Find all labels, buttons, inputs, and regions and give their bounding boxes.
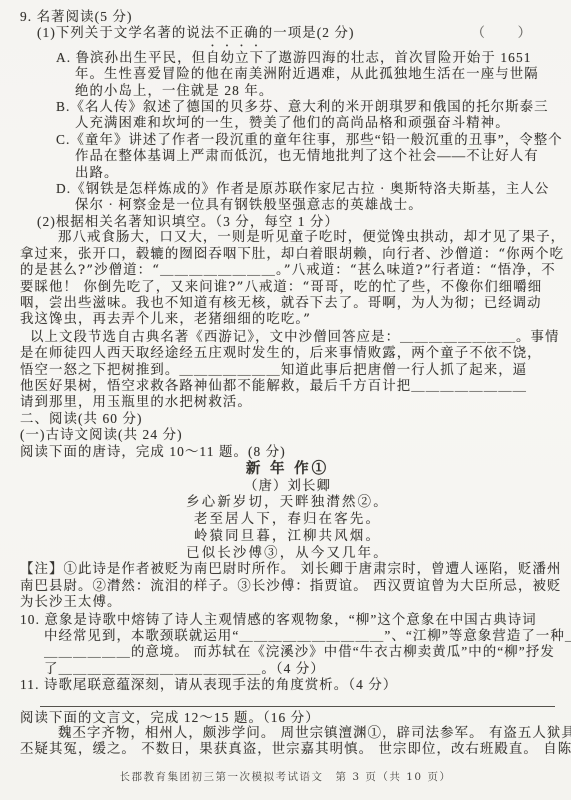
text-line: 老至居人下，春归在客先。: [20, 511, 555, 528]
answer-bracket: （ ）: [471, 25, 533, 41]
text-line: 二、阅读(共 60 分): [20, 411, 555, 427]
text-line: 岭猿同旦暮，江柳共风烟。: [20, 528, 555, 545]
text-line: 中经常见到，本歌颈联就运用“＿＿＿＿＿＿＿＿＿＿”、“江柳”等意象营造了一种＿: [20, 628, 555, 644]
text-line: (1)下列关于文学名著的说法不正确的一项是(2 分)（ ）: [20, 25, 555, 41]
text-line: 南巴县尉。②潸然：流泪的样子。③长沙傅：指贾谊。 西汉贾谊曾为大臣所忌，被贬: [20, 579, 555, 595]
text-line: 乡心新岁切，天畔独潸然②。: [20, 494, 555, 511]
document-body: 9. 名著阅读(5 分)(1)下列关于文学名著的说法不正确的一项是(2 分)（ …: [0, 0, 571, 759]
text-line: 我这馋虫，再去弄个儿来，老猪细细的吃吃。”: [20, 312, 555, 328]
text-line: 人充满困难和坎坷的一生，赞美了他们的高尚品格和顽强奋斗精神。: [20, 115, 555, 131]
text-line: 是在师徒四人西天取经途经五庄观时发生的，后来事情败露，两个童子不依不饶，: [20, 345, 555, 361]
text-line: 10. 意象是诗歌中熔铸了诗人主观情感的客观物象，“柳”这个意象在中国古典诗词: [20, 612, 555, 628]
text-line: 年。生性喜爱冒险的他在南美洲附近遇难，从此孤独地生活在一座与世隔: [20, 66, 555, 82]
text-line: 咽，尝出些滋味。我也不知道有核无核，就吞下去了。哥啊，为人为彻；已经调动: [20, 296, 555, 312]
text-line: 【注】①此诗是作者被贬为南巴尉时所作。 刘长卿于唐肃宗时，曾遭人诬陷，贬潘州: [20, 562, 555, 578]
text-line: 悟空一怒之下把树推到。＿＿＿＿＿＿＿知道此事后把唐僧一行人抓了起来，逼: [20, 362, 555, 378]
text-line: 那八戒食肠大，口又大，一则是听见童子吃时，便觉馋虫拱动，却才见了果子，: [20, 230, 555, 246]
page-footer: 长郡教育集团初三第一次模拟考试语文 第 3 页（共 10 页）: [0, 769, 571, 784]
text-line: 阅读下面的文言文，完成 12～15 题。（16 分）: [20, 710, 555, 726]
text-line: （唐）刘长卿: [20, 478, 555, 494]
text-line: A. 鲁滨孙出生平民，但自幼立下了遨游四海的壮志，首次冒险开始于 1651: [20, 42, 555, 66]
text-line: 拿过来，张开口，毂辘的囫囵吞咽下肚，却白着眼胡赖，向行者、沙僧道：“你两个吃: [20, 247, 555, 263]
text-line: 11. 诗歌尾联意蕴深刻，请从表现手法的角度赏析。（4 分）: [20, 677, 555, 693]
text-line: D.《钢铁是怎样炼成的》作者是原苏联作家尼古拉 · 奥斯特洛夫斯基，主人公: [20, 181, 555, 197]
text-line: 请到那里，用玉瓶里的水把树救活。: [20, 394, 555, 410]
text-line: 出路。: [20, 165, 555, 181]
text-line: (一)古诗文阅读(共 24 分): [20, 427, 555, 443]
text-line: 以上文段节选自古典名著《西游记》，文中沙僧回答应是：＿＿＿＿＿＿＿＿。事情: [20, 329, 555, 345]
text-line: (2)根据相关名著知识填空。（3 分，每空 1 分）: [20, 214, 555, 230]
text-line: 新 年 作①: [20, 460, 555, 478]
text-line: 的是甚么?”沙僧道：“＿＿＿＿＿＿＿＿。”八戒道：“甚么味道?”行者道：“悟净，…: [20, 263, 555, 279]
text-line: B.《名人传》叙述了德国的贝多芬、意大利的米开朗琪罗和俄国的托尔斯泰三: [20, 99, 555, 115]
text-line: 阅读下面的唐诗，完成 10～11 题。(8 分): [20, 444, 555, 460]
text-line: 保尔 · 柯察金是一位具有钢铁般坚强意志的英雄战士。: [20, 197, 555, 213]
text-line: 魏丕字齐物，相州人，颇涉学问。 周世宗镇澶渊①，辟司法参军。 有盗五人狱具，: [20, 726, 555, 742]
text-line: 为长沙王太傅。: [20, 595, 555, 611]
emphasized-text: 自幼立下: [206, 50, 264, 65]
exam-page: 9. 名著阅读(5 分)(1)下列关于文学名著的说法不正确的一项是(2 分)（ …: [0, 0, 571, 800]
text-line: 已似长沙傅③，从今又几年。: [20, 545, 555, 562]
text-line: C.《童年》讲述了作者一段沉重的童年往事，那些“铅一般沉重的丑事”，令整个: [20, 132, 555, 148]
text-line: 丕疑其冤，缓之。 不数日，果获真盗，世宗嘉其明慎。 世宗即位，改右班殿直。 自陈: [20, 742, 555, 758]
text-line: 要睬他！ 你倒先吃了，又来问谁?”八戒道：“哥哥，吃的忙了些，不像你们细嚼细: [20, 280, 555, 296]
text-line: 绝的小岛上，一住就是 28 年。: [20, 83, 555, 99]
text-line: 作品在整体基调上严肃而低沉，也无情地批判了这个社会——不让好人有: [20, 148, 555, 164]
text-line: 了＿＿＿＿＿＿＿＿＿＿＿＿＿＿。（4 分）: [20, 661, 555, 677]
text-line: 他医好果树，悟空求救各路神仙都不能解救，最后千方百计把＿＿＿＿＿＿＿＿: [20, 378, 555, 394]
text-line: 9. 名著阅读(5 分): [20, 9, 555, 25]
answer-rule: [40, 694, 555, 707]
text-line: ＿＿＿＿＿＿的意境。 而苏轼在《浣溪沙》中借“牛衣古柳卖黄瓜”中的“柳”抒发: [20, 644, 555, 660]
question-stem: (1)下列关于文学名著的说法不正确的一项是(2 分): [37, 25, 355, 41]
